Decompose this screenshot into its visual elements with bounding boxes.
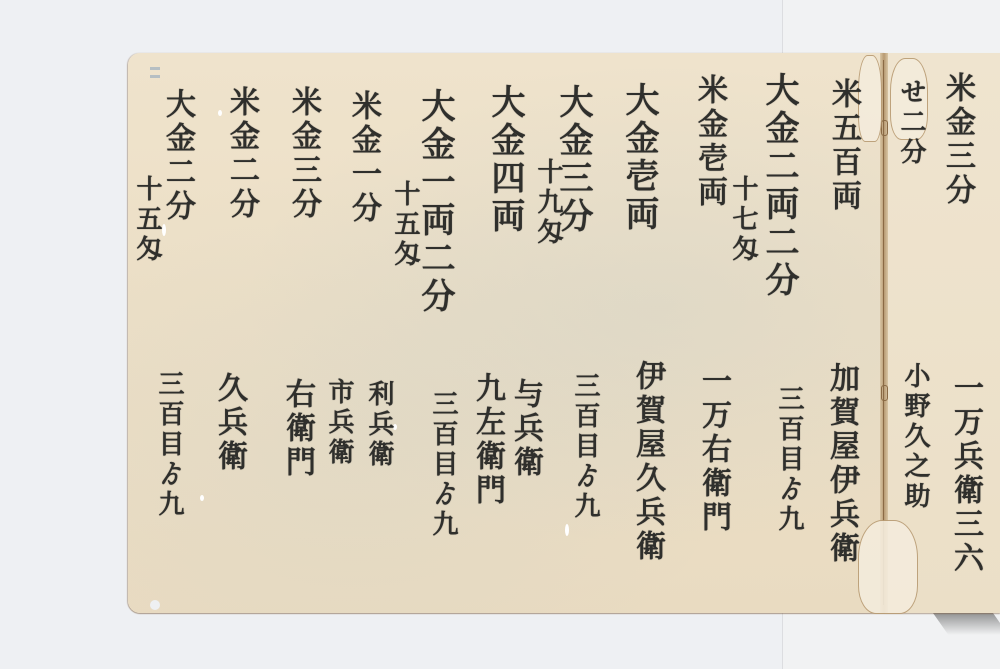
text-column: 市兵衛 — [326, 378, 352, 468]
text-column: 三百目ゟ九 — [430, 390, 456, 540]
text-column: せ二分 — [898, 78, 924, 168]
text-column: 大金二両二分 — [762, 72, 796, 300]
text-column: 大金四両 — [488, 84, 522, 236]
text-column: 加賀屋伊兵衛 — [826, 362, 856, 566]
binding-knot — [881, 120, 888, 136]
text-column: 米金二分 — [226, 86, 256, 222]
paper-tear-bottom — [858, 520, 918, 614]
text-column: 三百目ゟ九 — [572, 372, 598, 522]
worm-hole — [218, 110, 222, 116]
text-column: 米金三分 — [288, 86, 318, 222]
text-column: 大金壱両 — [622, 82, 656, 234]
text-column: 米金三分 — [942, 72, 972, 208]
text-column: 十五匁 — [134, 175, 160, 265]
text-column: 一万兵衛三六 — [950, 372, 980, 576]
text-column: 米五百両 — [828, 78, 858, 214]
paper-tear-top — [858, 55, 882, 142]
text-column: 与兵衛 — [510, 378, 540, 480]
text-column: 十七匁 — [730, 175, 756, 265]
text-column: 米金壱両 — [694, 74, 724, 210]
text-column: 大金二分 — [162, 88, 192, 224]
text-column: 十九匁 — [535, 158, 561, 248]
text-column: 九左衛門 — [472, 372, 502, 508]
text-column: 米金一分 — [348, 90, 378, 226]
text-column: 利兵衛 — [366, 380, 392, 470]
corner-notch — [150, 600, 160, 610]
text-column: 三百目ゟ九 — [156, 370, 182, 520]
text-column: 一万右衛門 — [698, 365, 728, 535]
text-column: 久兵衛 — [214, 372, 244, 474]
text-column: 三百目ゟ九 — [776, 385, 802, 535]
binding-knot — [881, 385, 888, 401]
worm-hole — [565, 524, 569, 536]
text-column: 大金一両二分 — [418, 88, 452, 316]
text-column: 小野久之助 — [902, 362, 928, 512]
ink-smudge — [150, 67, 160, 70]
text-column: 十五匁 — [392, 180, 418, 270]
text-column: 伊賀屋久兵衛 — [632, 360, 662, 564]
worm-hole — [162, 224, 166, 236]
text-column: 右衛門 — [282, 378, 312, 480]
worm-hole — [200, 495, 204, 501]
